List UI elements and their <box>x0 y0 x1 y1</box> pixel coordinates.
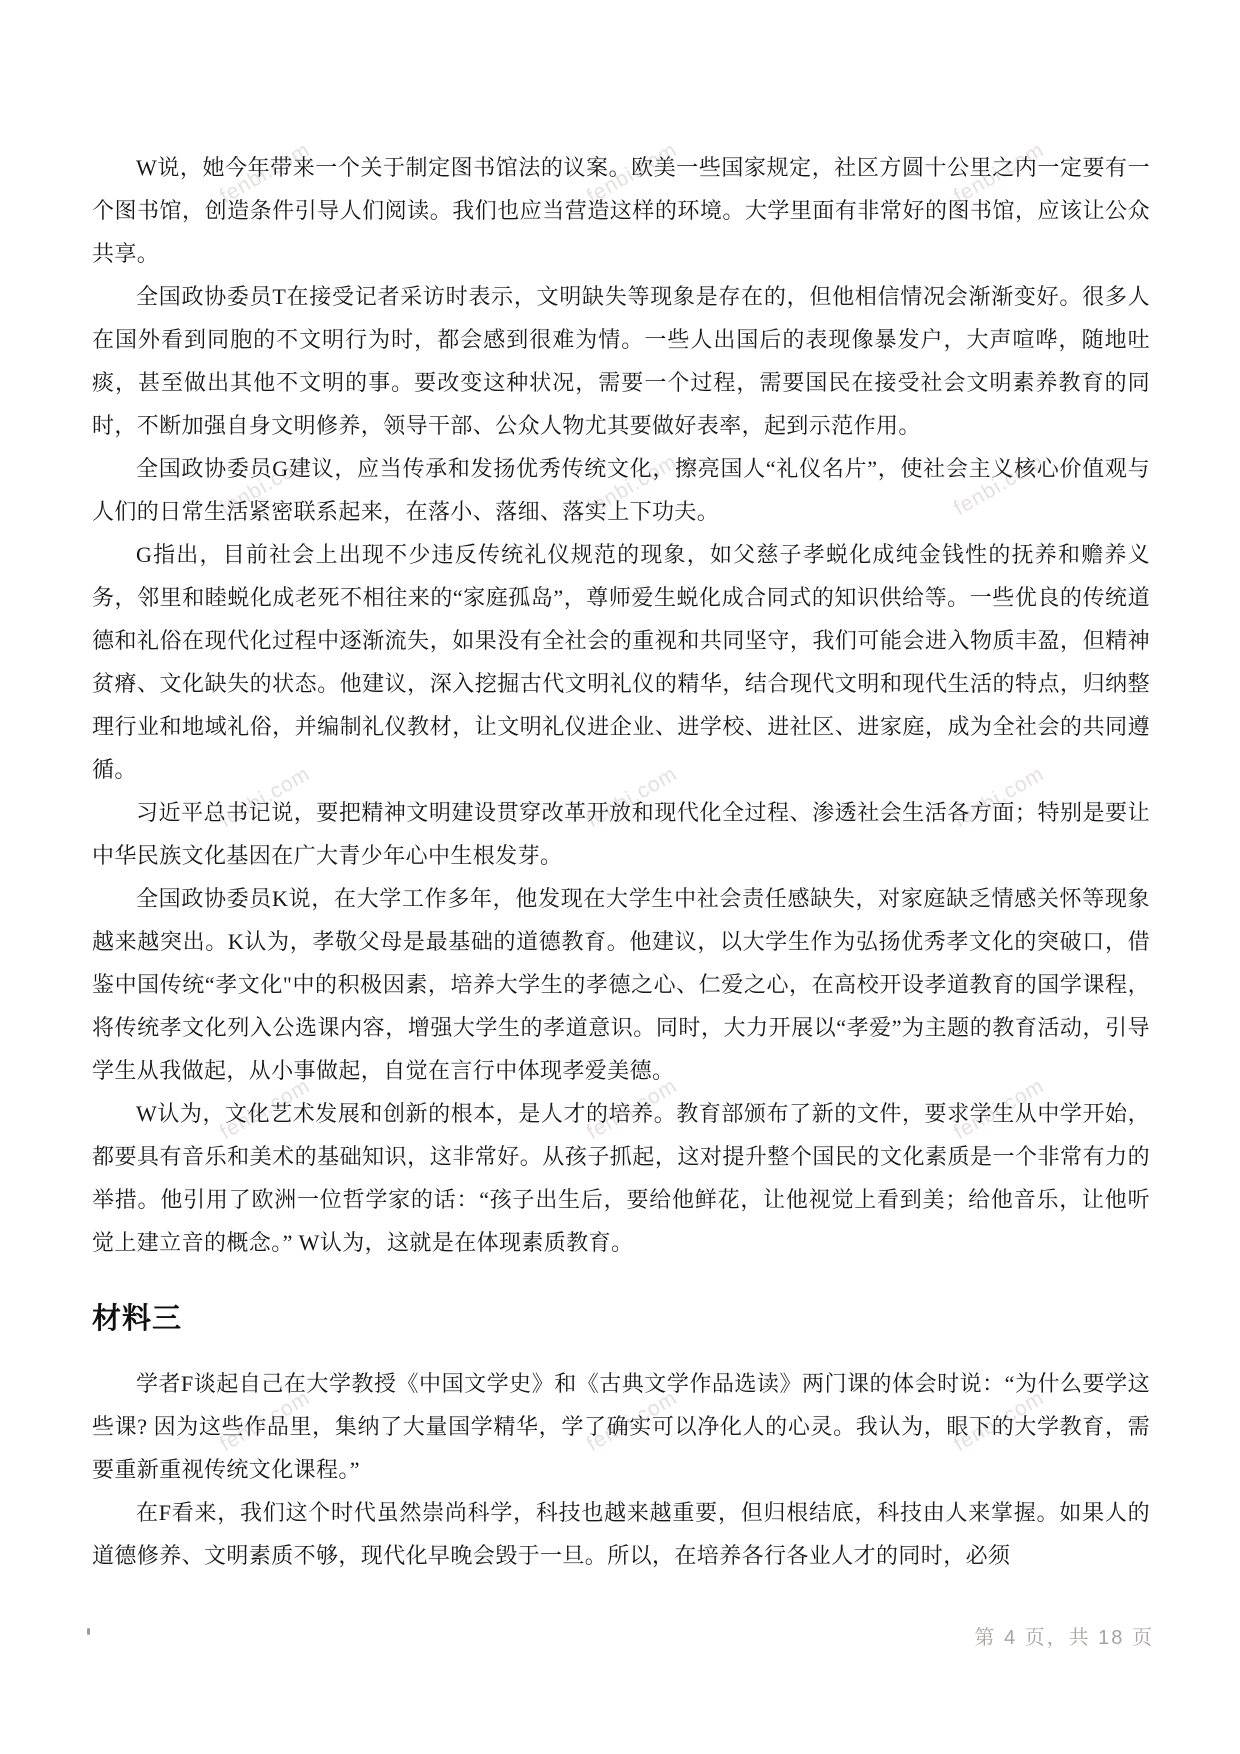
paragraph: 在F看来，我们这个时代虽然崇尚科学，科技也越来越重要，但归根结底，科技由人来掌握… <box>92 1491 1150 1577</box>
paragraph: 学者F谈起自己在大学教授《中国文学史》和《古典文学作品选读》两门课的体会时说：“… <box>92 1362 1150 1491</box>
page-footer: 第 4 页，共 18 页 <box>974 1621 1154 1650</box>
page-indicator: 第 4 页，共 18 页 <box>974 1627 1154 1649</box>
paragraph: 习近平总书记说，要把精神文明建设贯穿改革开放和现代化全过程、渗透社会生活各方面；… <box>92 791 1150 877</box>
paragraph: W说，她今年带来一个关于制定图书馆法的议案。欧美一些国家规定，社区方圆十公里之内… <box>92 146 1150 275</box>
paragraph: W认为，文化艺术发展和创新的根本，是人才的培养。教育部颁布了新的文件，要求学生从… <box>92 1092 1150 1264</box>
stray-mark <box>87 1628 90 1635</box>
paragraph: G指出，目前社会上出现不少违反传统礼仪规范的现象，如父慈子孝蜕化成纯金钱性的抚养… <box>92 533 1150 791</box>
paragraph: 全国政协委员K说，在大学工作多年，他发现在大学生中社会责任感缺失，对家庭缺乏情感… <box>92 877 1150 1092</box>
document-page: fenbi.comfenbi.comfenbi.comfenbi.comfenb… <box>0 0 1240 1754</box>
section-heading: 材料三 <box>92 1302 1150 1336</box>
document-body: W说，她今年带来一个关于制定图书馆法的议案。欧美一些国家规定，社区方圆十公里之内… <box>92 146 1150 1577</box>
paragraph: 全国政协委员T在接受记者采访时表示，文明缺失等现象是存在的，但他相信情况会渐渐变… <box>92 275 1150 447</box>
paragraph: 全国政协委员G建议，应当传承和发扬优秀传统文化，擦亮国人“礼仪名片”，使社会主义… <box>92 447 1150 533</box>
